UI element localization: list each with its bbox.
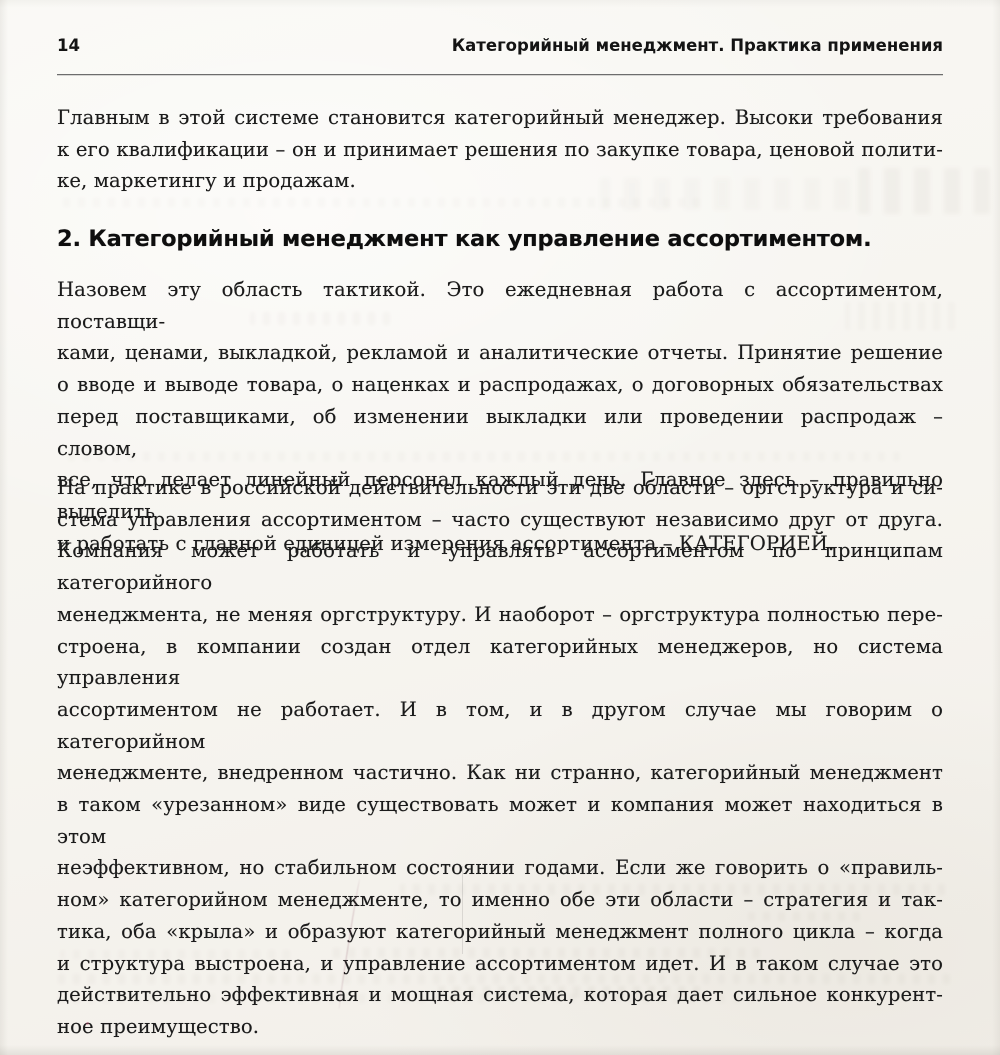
section-heading: 2. Категорийный менеджмент как управлени…: [57, 224, 943, 254]
text-line: действительно эффективная и мощная систе…: [57, 979, 943, 1011]
scan-hairline-artifact: [462, 866, 463, 954]
text-line: ассортиментом не работает. И в том, и в …: [57, 694, 943, 757]
text-line: Главным в этой системе становится катего…: [57, 102, 943, 134]
show-through-ghost-text: [60, 198, 700, 207]
text-line: к его квалификации – он и принимает реше…: [57, 134, 943, 166]
text-line: и структура выстроена, и управление ассо…: [57, 948, 943, 980]
text-line: На практике в российской действительност…: [57, 472, 943, 504]
paragraph-1: Главным в этой системе становится катего…: [57, 102, 943, 197]
running-header: 14 Категорийный менеджмент. Практика при…: [57, 36, 943, 55]
text-line: Назовем эту область тактикой. Это ежедне…: [57, 274, 943, 337]
text-line: неэффективном, но стабильном состоянии г…: [57, 852, 943, 884]
text-line: тика, оба «крыла» и образуют категорийны…: [57, 916, 943, 948]
text-line: в таком «урезанном» виде существовать мо…: [57, 789, 943, 852]
text-line: менеджмента, не меняя оргструктуру. И на…: [57, 599, 943, 631]
book-page-scan: 14 Категорийный менеджмент. Практика при…: [0, 0, 1000, 1055]
page-number: 14: [57, 36, 80, 55]
text-line: ное преимущество.: [57, 1011, 943, 1043]
text-line: ном» категорийном менеджменте, то именно…: [57, 884, 943, 916]
running-head-title: Категорийный менеджмент. Практика примен…: [452, 36, 943, 55]
text-line: о вводе и выводе товара, о наценках и ра…: [57, 369, 943, 401]
text-line: перед поставщиками, об изменении выкладк…: [57, 401, 943, 464]
text-line: ке, маркетингу и продажам.: [57, 165, 943, 197]
scan-speck-artifact: [86, 1022, 89, 1025]
header-rule: [57, 74, 943, 75]
text-line: менеджменте, внедренном частично. Как ни…: [57, 757, 943, 789]
text-line: Компания может работать и управлять ассо…: [57, 535, 943, 598]
text-line: строена, в компании создан отдел категор…: [57, 631, 943, 694]
paragraph-3: На практике в российской действительност…: [57, 472, 943, 1043]
text-line: ками, ценами, выкладкой, рекламой и анал…: [57, 337, 943, 369]
text-line: стема управления ассортиментом – часто с…: [57, 504, 943, 536]
